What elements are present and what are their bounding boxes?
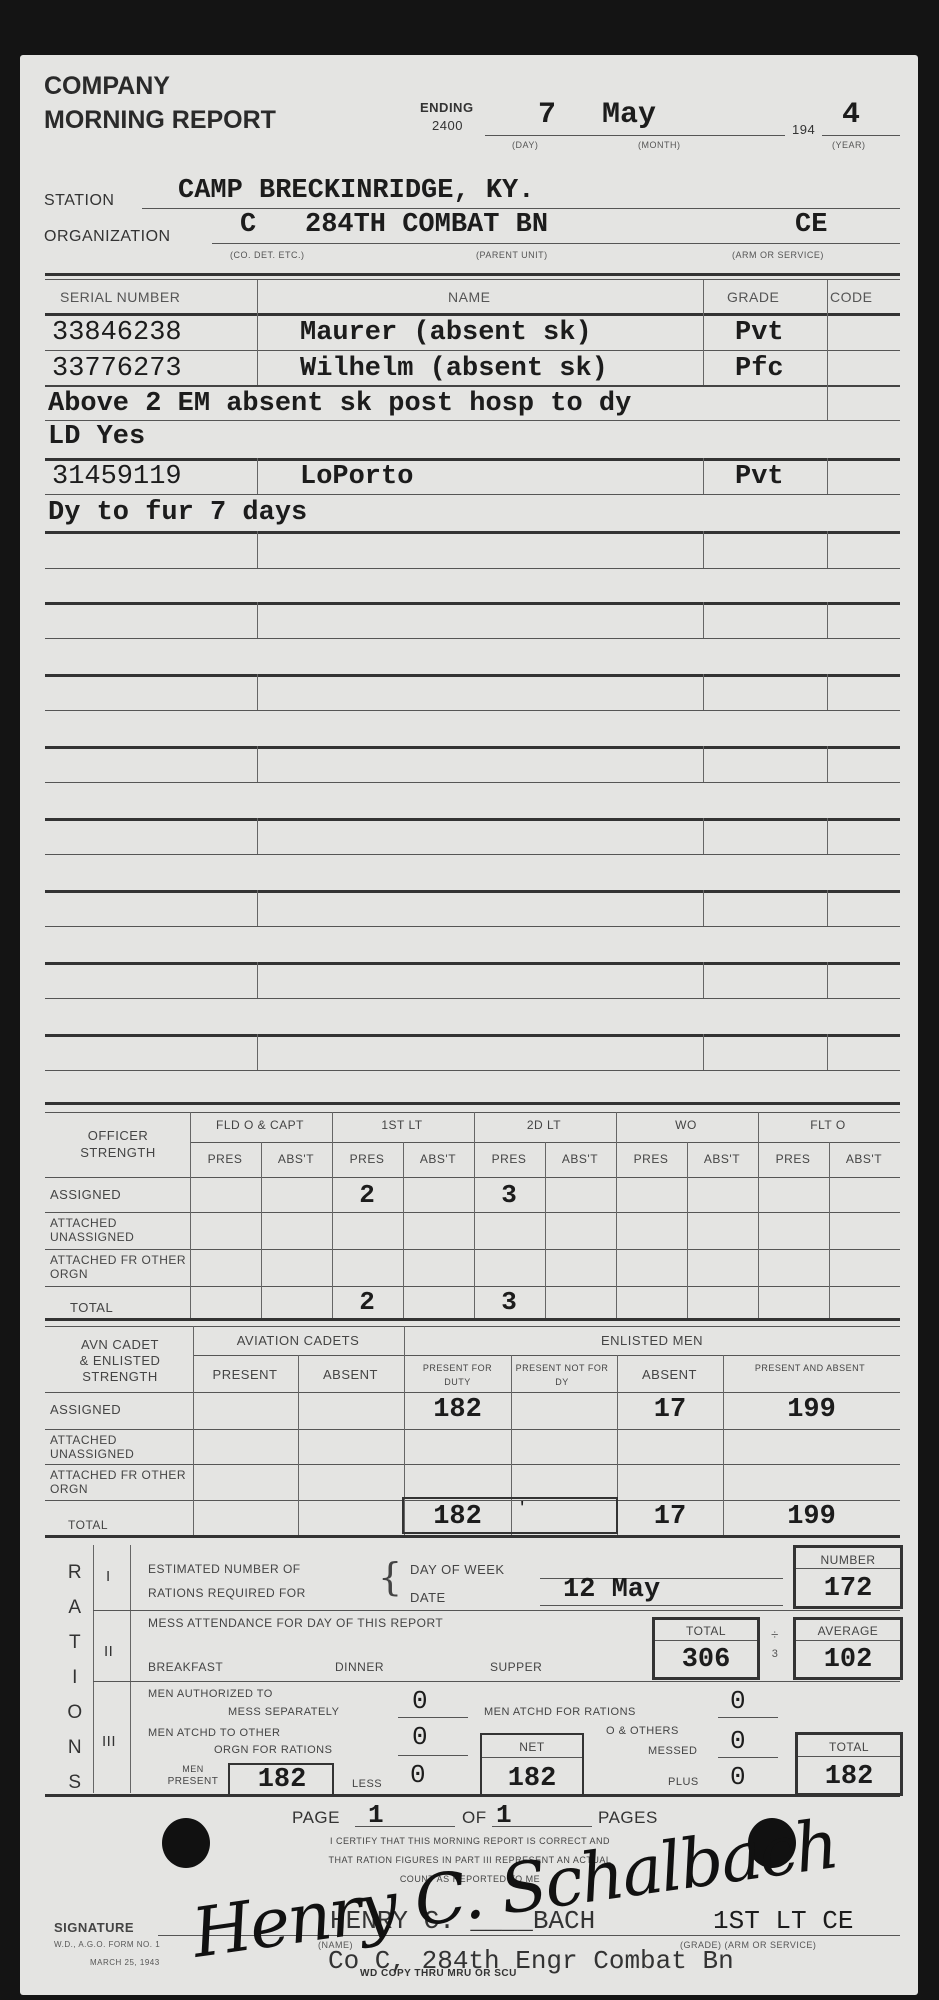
- ration-date[interactable]: 12 May: [563, 1575, 660, 1605]
- ration-number[interactable]: 172: [796, 1574, 900, 1604]
- atchd-other-label-1: MEN ATCHD TO OTHER: [148, 1727, 280, 1739]
- serial-number: 33776273: [52, 354, 182, 384]
- col-divider: [827, 746, 828, 782]
- row-label-total: TOTAL: [68, 1518, 108, 1532]
- section-rule: [93, 1681, 900, 1682]
- section-rule: [45, 1794, 900, 1797]
- page-label: PAGE: [292, 1808, 340, 1828]
- row-rule: [45, 568, 900, 569]
- table-rule: [45, 1212, 900, 1213]
- total-absent[interactable]: 17: [617, 1502, 723, 1532]
- col-divider: [257, 818, 258, 854]
- row-rule: [45, 494, 900, 495]
- enlisted-strength-title: AVN CADET & ENLISTED STRENGTH: [48, 1337, 192, 1385]
- col-name: NAME: [448, 289, 490, 305]
- breakfast-label: BREAKFAST: [148, 1660, 223, 1674]
- col-divider: [758, 1112, 759, 1318]
- col-divider: [827, 531, 828, 568]
- box-rule: [482, 1757, 582, 1758]
- field-underline: [398, 1755, 468, 1756]
- row-rule: [45, 962, 900, 965]
- assigned-present-and-absent[interactable]: 199: [723, 1395, 900, 1425]
- box-rule: [798, 1756, 900, 1757]
- col-code: CODE: [830, 289, 872, 305]
- supper-label: SUPPER: [490, 1660, 542, 1674]
- plus-value[interactable]: 0: [730, 1762, 746, 1792]
- table-rule: [45, 1249, 900, 1250]
- side-letter: A: [55, 1590, 95, 1625]
- row-rule: [45, 602, 900, 605]
- col-divider: [827, 674, 828, 710]
- field-underline: [718, 1757, 778, 1758]
- col-divider: [827, 818, 828, 854]
- side-letter: T: [55, 1625, 95, 1660]
- group-wo: WO: [616, 1118, 756, 1132]
- col-divider: [257, 280, 258, 385]
- total-1st-lt-pres[interactable]: 2: [332, 1287, 402, 1317]
- atchd-rations-label: MEN ATCHD FOR RATIONS: [484, 1706, 636, 1718]
- less-value[interactable]: 0: [410, 1760, 426, 1790]
- report-year-digit[interactable]: 4: [842, 98, 860, 132]
- subcol-pres: PRES: [474, 1152, 544, 1166]
- subcol-abst: ABS'T: [545, 1152, 615, 1166]
- total-present-not-for-duty[interactable]: ': [518, 1500, 526, 1516]
- grade: Pvt: [735, 462, 784, 492]
- box-rule: [796, 1568, 900, 1569]
- copy-note: WD COPY THRU MRU OR SCU: [360, 1968, 517, 1979]
- auth-sep-value[interactable]: 0: [412, 1686, 428, 1716]
- org-company-caption: (CO. DET. ETC.): [230, 250, 305, 260]
- group-fld-o-capt: FLD O & CAPT: [190, 1118, 330, 1132]
- subcol-abst: ABS'T: [829, 1152, 899, 1166]
- col-divider: [703, 1034, 704, 1070]
- section-ii-numeral: II: [104, 1643, 113, 1660]
- roster-remark[interactable]: LD Yes: [48, 422, 145, 452]
- group-enlisted-men: ENLISTED MEN: [404, 1333, 900, 1348]
- title-line: AVN CADET: [48, 1337, 192, 1353]
- plus-label: PLUS: [668, 1776, 699, 1788]
- col-divider: [703, 818, 704, 854]
- signature-label: SIGNATURE: [54, 1920, 134, 1935]
- serial-number: 33846238: [52, 318, 182, 348]
- day-caption: (DAY): [512, 140, 538, 150]
- men-present[interactable]: 182: [232, 1765, 332, 1795]
- row-label-assigned: ASSIGNED: [50, 1187, 121, 1202]
- divide-icon: ÷: [765, 1627, 785, 1642]
- row-label-assigned: ASSIGNED: [50, 1402, 121, 1417]
- grade: Pvt: [735, 318, 784, 348]
- subcol-pres: PRES: [190, 1152, 260, 1166]
- row-rule: [45, 1034, 900, 1037]
- org-parent-caption: (PARENT UNIT): [476, 250, 548, 260]
- col-cadets-absent: ABSENT: [298, 1367, 403, 1382]
- col-divider: [703, 746, 704, 782]
- net-value[interactable]: 182: [482, 1764, 582, 1794]
- auth-sep-label-2: MESS SEPARATELY: [228, 1706, 339, 1718]
- row-rule: [45, 531, 900, 534]
- col-serial-number: SERIAL NUMBER: [60, 289, 180, 305]
- col-divider: [257, 890, 258, 926]
- officer-strength-title: OFFICER STRENGTH: [48, 1127, 188, 1161]
- subcol-abst: ABS'T: [261, 1152, 331, 1166]
- net-label: NET: [482, 1740, 582, 1754]
- org-company[interactable]: C: [240, 210, 256, 240]
- serial-number: 31459119: [52, 462, 182, 492]
- col-divider: [93, 1545, 94, 1793]
- ending-label: ENDING: [420, 100, 474, 115]
- group-flt-o: FLT O: [758, 1118, 898, 1132]
- section-i-numeral: I: [106, 1568, 111, 1585]
- row-label-total: TOTAL: [70, 1300, 113, 1315]
- field-underline: [718, 1717, 778, 1718]
- table-rule: [193, 1355, 900, 1356]
- row-label-attached-fr-other: ATTACHED FR OTHER ORGN: [50, 1468, 190, 1496]
- table-rule: [45, 1535, 900, 1538]
- form-title-line2: MORNING REPORT: [44, 106, 276, 135]
- box-rule: [655, 1640, 757, 1641]
- row-rule: [45, 854, 900, 855]
- subcol-abst: ABS'T: [687, 1152, 757, 1166]
- report-month[interactable]: May: [602, 98, 656, 132]
- subcol-pres: PRES: [758, 1152, 828, 1166]
- binder-hole-left: [162, 1818, 210, 1868]
- average-label: AVERAGE: [796, 1624, 900, 1638]
- year-caption: (YEAR): [832, 140, 866, 150]
- col-divider: [257, 962, 258, 998]
- section-i-label-2: RATIONS REQUIRED FOR: [148, 1586, 306, 1600]
- col-divider: [827, 602, 828, 638]
- page-count[interactable]: 1: [496, 1800, 512, 1830]
- row-rule: [45, 782, 900, 783]
- pages-label: PAGES: [598, 1808, 658, 1828]
- col-divider: [703, 602, 704, 638]
- col-divider: [193, 1326, 194, 1535]
- row-rule: [45, 385, 900, 387]
- form-date: MARCH 25, 1943: [90, 1958, 160, 1967]
- col-cadets-present: PRESENT: [193, 1367, 297, 1382]
- mess-attendance-label: MESS ATTENDANCE FOR DAY OF THIS REPORT: [148, 1616, 443, 1630]
- total-present-for-duty[interactable]: 182: [404, 1502, 511, 1532]
- side-letter: I: [55, 1660, 95, 1695]
- side-letter: N: [55, 1730, 95, 1765]
- row-rule: [45, 458, 900, 461]
- row-rule: [45, 710, 900, 711]
- col-divider: [687, 1142, 688, 1318]
- title-line: & ENLISTED: [48, 1353, 192, 1369]
- row-label-attached-unassigned: ATTACHED UNASSIGNED: [50, 1433, 190, 1461]
- row-rule: [45, 638, 900, 639]
- table-rule: [45, 1429, 900, 1430]
- form-title-line1: COMPANY: [44, 72, 170, 101]
- col-divider: [190, 1112, 191, 1318]
- grade: Pfc: [735, 354, 784, 384]
- less-label: LESS: [352, 1778, 382, 1790]
- assigned-absent[interactable]: 17: [617, 1395, 723, 1425]
- table-rule: [45, 1286, 900, 1287]
- others-label-1: O & OTHERS: [606, 1725, 679, 1737]
- mess-total-label: TOTAL: [655, 1624, 757, 1638]
- title-line: STRENGTH: [48, 1144, 188, 1161]
- col-divider: [703, 890, 704, 926]
- col-divider: [257, 602, 258, 638]
- row-rule: [45, 926, 900, 927]
- section-iii-numeral: III: [102, 1733, 116, 1750]
- station-value[interactable]: CAMP BRECKINRIDGE, KY.: [178, 176, 534, 206]
- col-divider: [703, 531, 704, 568]
- table-rule: [45, 1112, 900, 1113]
- organization-label: ORGANIZATION: [44, 228, 171, 246]
- title-line: STRENGTH: [48, 1369, 192, 1385]
- roster-header-rule: [45, 313, 900, 316]
- men-present-label-1: MEN: [160, 1764, 226, 1774]
- year-prefix: 194: [792, 122, 815, 137]
- subcol-pres: PRES: [616, 1152, 686, 1166]
- col-divider: [257, 531, 258, 568]
- station-label: STATION: [44, 192, 114, 210]
- row-rule: [45, 890, 900, 893]
- row-rule: [45, 420, 900, 421]
- col-divider: [829, 1142, 830, 1318]
- organization-underline: [212, 243, 900, 244]
- col-divider: [827, 890, 828, 926]
- col-divider: [703, 962, 704, 998]
- col-divider: [545, 1142, 546, 1318]
- brace-icon: {: [378, 1555, 402, 1599]
- dinner-label: DINNER: [335, 1660, 384, 1674]
- row-rule: [45, 998, 900, 999]
- col-divider: [257, 458, 258, 494]
- typed-grade: 1ST LT CE: [713, 1906, 853, 1936]
- station-underline: [142, 208, 900, 209]
- mess-total[interactable]: 306: [655, 1645, 757, 1675]
- atchd-other-value[interactable]: 0: [412, 1722, 428, 1752]
- rations-total-label: TOTAL: [798, 1740, 900, 1754]
- table-rule: [45, 1318, 900, 1321]
- total-2d-lt-pres[interactable]: 3: [474, 1287, 544, 1317]
- table-rule: [45, 1326, 900, 1327]
- assigned-2d-lt-pres[interactable]: 3: [474, 1180, 544, 1210]
- row-label-attached-fr-other: ATTACHED FR OTHER ORGN: [50, 1253, 190, 1281]
- group-1st-lt: 1ST LT: [332, 1118, 472, 1132]
- divide-by: 3: [765, 1648, 785, 1660]
- group-aviation-cadets: AVIATION CADETS: [193, 1333, 403, 1348]
- col-divider: [703, 280, 704, 385]
- total-present-and-absent[interactable]: 199: [723, 1502, 900, 1532]
- org-arm-caption: (ARM OR SERVICE): [732, 250, 824, 260]
- ending-time: 2400: [432, 118, 463, 133]
- month-caption: (MONTH): [638, 140, 681, 150]
- assigned-present-for-duty[interactable]: 182: [404, 1395, 511, 1425]
- rations-side-label: R A T I O N S: [55, 1555, 95, 1800]
- col-present-not-for-duty: PRESENT NOT FOR DY: [512, 1361, 612, 1389]
- col-present-and-absent: PRESENT AND ABSENT: [740, 1361, 880, 1375]
- col-divider: [703, 674, 704, 710]
- date-underline: [485, 135, 785, 136]
- col-divider: [298, 1355, 299, 1535]
- page-number[interactable]: 1: [368, 1800, 384, 1830]
- row-rule: [45, 350, 900, 351]
- roster-remark[interactable]: Dy to fur 7 days: [48, 498, 307, 528]
- name: Maurer (absent sk): [300, 318, 592, 348]
- table-rule: [45, 1177, 900, 1178]
- table-rule: [45, 1392, 900, 1393]
- col-present-for-duty: PRESENT FOR DUTY: [410, 1361, 505, 1389]
- row-rule: [45, 746, 900, 749]
- of-label: OF: [462, 1808, 487, 1828]
- org-parent-unit[interactable]: 284TH COMBAT BN: [305, 210, 548, 240]
- col-divider: [257, 1034, 258, 1070]
- row-rule: [45, 1070, 900, 1071]
- section-rule: [93, 1610, 900, 1611]
- others-label-2: MESSED: [648, 1745, 697, 1757]
- name: Wilhelm (absent sk): [300, 354, 608, 384]
- col-absent: ABSENT: [617, 1367, 722, 1382]
- roster-top-rule-2: [45, 279, 900, 280]
- rations-total[interactable]: 182: [798, 1762, 900, 1792]
- side-letter: R: [55, 1555, 95, 1590]
- col-divider: [257, 674, 258, 710]
- name: LoPorto: [300, 462, 413, 492]
- col-divider: [616, 1112, 617, 1318]
- roster-top-rule: [45, 273, 900, 276]
- box-rule: [796, 1640, 900, 1641]
- atchd-other-label-2: ORGN FOR RATIONS: [214, 1744, 332, 1756]
- col-divider: [403, 1142, 404, 1318]
- atchd-rations-value[interactable]: 0: [730, 1686, 746, 1716]
- day-of-week-label: DAY OF WEEK: [410, 1562, 505, 1577]
- row-rule: [45, 674, 900, 677]
- roster-remark[interactable]: Above 2 EM absent sk post hosp to dy: [48, 389, 631, 419]
- date-label: DATE: [410, 1590, 446, 1605]
- group-2d-lt: 2D LT: [474, 1118, 614, 1132]
- year-underline: [822, 135, 900, 136]
- col-grade: GRADE: [727, 289, 779, 305]
- col-divider: [827, 458, 828, 494]
- col-divider: [257, 746, 258, 782]
- report-day[interactable]: 7: [538, 98, 556, 132]
- col-divider: [703, 458, 704, 494]
- mess-average[interactable]: 102: [796, 1645, 900, 1675]
- row-label-attached-unassigned: ATTACHED UNASSIGNED: [50, 1216, 190, 1244]
- row-rule: [45, 1102, 900, 1105]
- field-underline: [398, 1717, 468, 1718]
- row-rule: [45, 818, 900, 821]
- org-arm[interactable]: CE: [795, 210, 827, 240]
- number-label: NUMBER: [796, 1553, 900, 1567]
- side-letter: O: [55, 1695, 95, 1730]
- assigned-1st-lt-pres[interactable]: 2: [332, 1180, 402, 1210]
- form-number: W.D., A.G.O. FORM NO. 1: [54, 1940, 160, 1949]
- col-divider: [827, 962, 828, 998]
- others-value[interactable]: 0: [730, 1726, 746, 1756]
- subcol-pres: PRES: [332, 1152, 402, 1166]
- table-rule: [45, 1464, 900, 1465]
- title-line: OFFICER: [48, 1127, 188, 1144]
- men-present-label-2: PRESENT: [158, 1776, 228, 1787]
- date-underline: [540, 1605, 783, 1606]
- subcol-abst: ABS'T: [403, 1152, 473, 1166]
- auth-sep-label-1: MEN AUTHORIZED TO: [148, 1688, 273, 1700]
- col-divider: [827, 280, 828, 420]
- section-i-label-1: ESTIMATED NUMBER OF: [148, 1562, 301, 1576]
- col-divider: [827, 1034, 828, 1070]
- col-divider: [261, 1142, 262, 1318]
- col-divider: [130, 1545, 131, 1793]
